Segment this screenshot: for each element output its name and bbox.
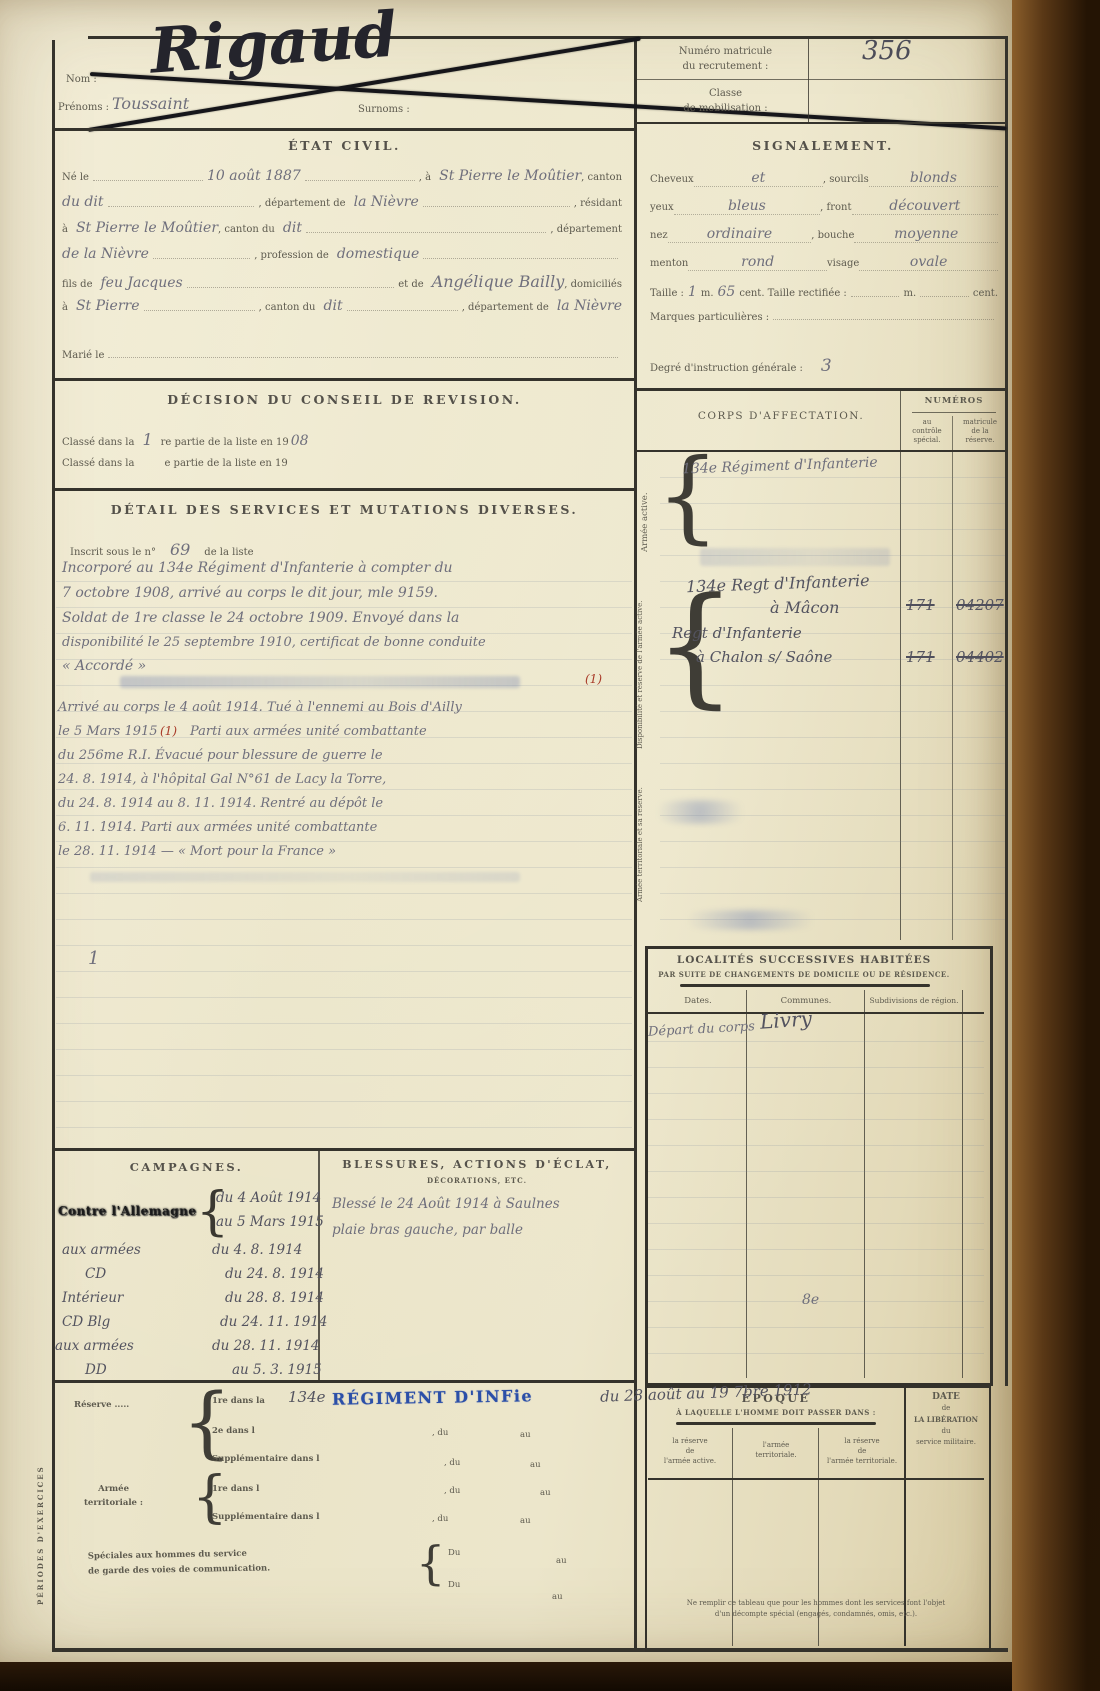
epoque-footnote: Ne remplir ce tableau que pour les homme…	[650, 1598, 982, 1620]
periode-t2-label: Supplémentaire dans l	[212, 1512, 320, 1522]
territoriale-label: Arméeterritoriale :	[84, 1482, 143, 1510]
matricule-value: 356	[862, 36, 912, 66]
periode-t2-au: au	[520, 1516, 531, 1526]
signalement-line-1: Cheveux et , sourcils blonds	[650, 170, 998, 187]
services-p2-l4: 24. 8. 1914, à l'hôpital Gal N°61 de Lac…	[58, 772, 386, 787]
corps-side-disponibilite: Disponibilité et réserve de l'armée acti…	[636, 590, 645, 760]
faded-stamp-line	[120, 676, 520, 688]
military-record-page: Rigaud Nom : Prénoms : Toussaint Surnoms…	[0, 0, 1100, 1691]
periode-r2-label: 2e dans l	[212, 1426, 255, 1436]
taille-line: Taille : 1 m. 65 cent. Taille rectifiée …	[650, 284, 998, 300]
localites-ruled-area	[648, 1016, 984, 1376]
corps-entry-2-num1: 171	[906, 596, 935, 614]
blessures-subtitle: DÉCORATIONS, ETC.	[322, 1176, 632, 1185]
corps-side-territoriale: Armée territoriale et sa réserve.	[636, 770, 645, 920]
corps-entry-3-line1: Regt d'Infanterie	[672, 624, 802, 642]
campagne-r2-dates: du 24. 8. 1914	[225, 1266, 324, 1282]
marques-line: Marques particulières :	[650, 312, 998, 323]
stray-pen-mark: 1	[88, 948, 99, 969]
localites-entry-commune: Livry	[759, 1006, 812, 1034]
campagne-contre-du: du 4 Août 1914	[216, 1190, 321, 1206]
periode-r1-num: 134e	[288, 1388, 326, 1406]
localites-col-subdiv: Subdivisions de région.	[866, 996, 962, 1005]
corps-entry-3-num2: 04402	[956, 648, 1004, 666]
speciales-du-1: Du	[448, 1548, 460, 1558]
campagne-r6-label: DD	[85, 1362, 107, 1378]
decision-top-rule	[55, 378, 634, 381]
etat-civil-line-3: à St Pierre le Moûtier , canton du dit ,…	[62, 220, 622, 236]
localites-title-underline	[680, 984, 930, 987]
epoque-col3-header: la réservedel'armée territoriale.	[820, 1436, 904, 1466]
corps-faded-stamp	[700, 548, 890, 566]
right-margin-line	[1005, 36, 1008, 1386]
services-title: DÉTAIL DES SERVICES ET MUTATIONS DIVERSE…	[55, 502, 634, 517]
services-p2-l2a: le 5 Mars 1915	[58, 724, 158, 739]
signalement-line-3: nez ordinaire , bouche moyenne	[650, 226, 998, 243]
periode-t2-du: , du	[432, 1514, 448, 1524]
left-margin-line	[52, 40, 55, 1652]
speciales-au-1: au	[556, 1556, 567, 1566]
numeros-header: NUMÉROS	[902, 396, 1006, 406]
campagne-r3-dates: du 28. 8. 1914	[225, 1290, 324, 1306]
classe-label: Classe de mobilisation :	[648, 86, 803, 116]
campagne-contre-label: Contre l'Allemagne	[58, 1204, 196, 1218]
corps-entry-3-line2: à Chalon s/ Saône	[696, 648, 832, 666]
services-p1-l1: Incorporé au 134e Régiment d'Infanterie …	[62, 560, 453, 576]
numeros-col1-header: aucontrôlespécial.	[902, 418, 952, 445]
campagnes-title: CAMPAGNES.	[55, 1160, 318, 1174]
blessures-title: BLESSURES, ACTIONS D'ÉCLAT,	[322, 1158, 632, 1171]
speciales-label: Spéciales aux hommes du servicede garde …	[88, 1546, 271, 1579]
epoque-header-rule	[648, 1478, 984, 1480]
services-p2-l2r: (1)	[160, 724, 177, 738]
etat-civil-title: ÉTAT CIVIL.	[55, 138, 634, 153]
decision-line-2: Classé dans la e partie de la liste en 1…	[62, 458, 602, 469]
periode-r2-au: au	[520, 1430, 531, 1440]
blessures-text-l1: Blessé le 24 Août 1914 à Saulnes	[332, 1196, 560, 1212]
campagne-r6-dates: au 5. 3. 1915	[232, 1362, 322, 1378]
campagne-r1-dates: du 4. 8. 1914	[212, 1242, 302, 1258]
localites-pen-mark: 8e	[802, 1292, 819, 1308]
speciales-du-2: Du	[448, 1580, 460, 1590]
campagne-r2-label: CD	[85, 1266, 106, 1282]
campagne-r1-label: aux armées	[62, 1242, 141, 1258]
services-p2-l6: 6. 11. 1914. Parti aux armées unité comb…	[58, 820, 377, 835]
periodes-side-label: PÉRIODES D'EXERCICES	[36, 1395, 45, 1605]
campagne-r3-label: Intérieur	[62, 1290, 123, 1306]
corps-entry-2-num2: 04207	[956, 596, 1004, 614]
matricule-row-divider	[637, 79, 1005, 80]
erased-line	[90, 872, 520, 882]
corps-brace-2: {	[654, 580, 737, 710]
book-edge-right	[1012, 0, 1100, 1691]
corps-entry-3-num1: 171	[906, 648, 935, 666]
etat-civil-line-6: à St Pierre , canton du dit , départemen…	[62, 298, 622, 314]
epoque-col1-header: la réservedel'armée active.	[648, 1436, 732, 1466]
speciales-au-2: au	[552, 1592, 563, 1602]
etat-civil-line-2: du dit , département de la Nièvre , rési…	[62, 194, 622, 210]
periode-r3-label: Supplémentaire dans l	[212, 1454, 320, 1464]
decision-line-1: Classé dans la 1 re partie de la liste e…	[62, 430, 602, 449]
matricule-label: Numéro matricule du recrutement :	[648, 44, 803, 74]
periode-t1-du: , du	[444, 1486, 460, 1496]
prenoms-label: Prénoms :	[58, 102, 109, 113]
nom-label: Nom :	[66, 74, 97, 85]
periode-r1-label: 1re dans la	[212, 1396, 265, 1406]
campagne-r4-dates: du 24. 11. 1914	[220, 1314, 328, 1330]
services-p1-l4: disponibilité le 25 septembre 1910, cert…	[62, 635, 486, 650]
speciales-brace: {	[416, 1540, 445, 1586]
corps-top-rule	[637, 388, 1008, 391]
periode-r3-du: , du	[444, 1458, 460, 1468]
surnoms-label: Surnoms :	[358, 104, 410, 115]
signalement-line-2: yeux bleus , front découvert	[650, 198, 998, 215]
epoque-title-underline	[676, 1422, 876, 1425]
services-p2-l2b: Parti aux armées unité combattante	[190, 724, 427, 739]
red-annotation: (1)	[585, 672, 602, 686]
reserve-label: Réserve .....	[74, 1400, 129, 1410]
numeros-col2-header: matriculede laréserve.	[954, 418, 1006, 445]
numeros-underline	[912, 412, 996, 413]
services-p2-l5: du 24. 8. 1914 au 8. 11. 1914. Rentré au…	[58, 796, 383, 811]
campagne-r5-label: aux armées	[55, 1338, 134, 1354]
regiment-stamp: RÉGIMENT D'INFie	[332, 1386, 533, 1409]
localites-title: LOCALITÉS SUCCESSIVES HABITÉES	[648, 954, 960, 966]
campagne-r5-dates: du 28. 11. 1914	[212, 1338, 320, 1354]
book-edge-bottom	[0, 1662, 1012, 1691]
periodes-top-rule	[55, 1380, 634, 1383]
etat-civil-line-4: de la Nièvre , profession de domestique	[62, 246, 622, 262]
decision-title: DÉCISION DU CONSEIL DE REVISION.	[55, 392, 634, 407]
localites-col-communes: Communes.	[748, 996, 864, 1006]
corps-entry-2-line2: à Mâcon	[770, 598, 839, 617]
services-p1-l2: 7 octobre 1908, arrivé au corps le dit j…	[62, 585, 438, 601]
epoque-subtitle: À LAQUELLE L'HOMME DOIT PASSER DANS :	[648, 1408, 904, 1417]
services-top-rule	[55, 488, 634, 491]
services-p1-l5: « Accordé »	[62, 658, 146, 674]
epoque-col2-header: l'arméeterritoriale.	[734, 1440, 818, 1460]
corps-title: CORPS D'AFFECTATION.	[662, 410, 900, 422]
signalement-line-4: menton rond visage ovale	[650, 254, 998, 271]
localites-header-rule	[648, 1012, 984, 1014]
services-p2-l1: Arrivé au corps le 4 août 1914. Tué à l'…	[58, 700, 462, 715]
epoque-date-header: DATE de LA LIBÉRATION du service militai…	[906, 1392, 986, 1448]
prenoms-value: Toussaint	[112, 94, 189, 113]
blessures-text-l2: plaie bras gauche, par balle	[332, 1222, 523, 1238]
etat-civil-line-5: fils de feu Jacques et de Angélique Bail…	[62, 272, 622, 291]
periode-r3-au: au	[530, 1460, 541, 1470]
etat-civil-line-1: Né le 10 août 1887 , à St Pierre le Moût…	[62, 168, 622, 184]
marie-line: Marié le	[62, 350, 622, 361]
services-p2-l3: du 256me R.I. Évacué pour blessure de gu…	[58, 748, 383, 763]
header-right-bottom	[637, 122, 1008, 124]
localites-col-dates: Dates.	[652, 996, 744, 1006]
periode-r2-du: , du	[432, 1428, 448, 1438]
services-p1-l3: Soldat de 1re classe le 24 octobre 1909.…	[62, 610, 459, 626]
services-p2-l7: le 28. 11. 1914 — « Mort pour la France …	[58, 844, 336, 859]
campagne-r4-label: CD Blg	[62, 1314, 110, 1330]
campagne-contre-au: au 5 Mars 1915	[216, 1214, 324, 1230]
corps-side-armee-active: Armée active.	[640, 462, 650, 582]
localites-subtitle: PAR SUITE DE CHANGEMENTS DE DOMICILE OU …	[648, 970, 960, 979]
periode-t1-label: 1re dans l	[212, 1484, 259, 1494]
campagnes-top-rule	[55, 1148, 634, 1151]
etat-civil-top-rule	[55, 128, 634, 131]
periode-t1-au: au	[540, 1488, 551, 1498]
signalement-title: SIGNALEMENT.	[640, 138, 1006, 153]
degre-line: Degré d'instruction générale : 3	[650, 356, 998, 376]
